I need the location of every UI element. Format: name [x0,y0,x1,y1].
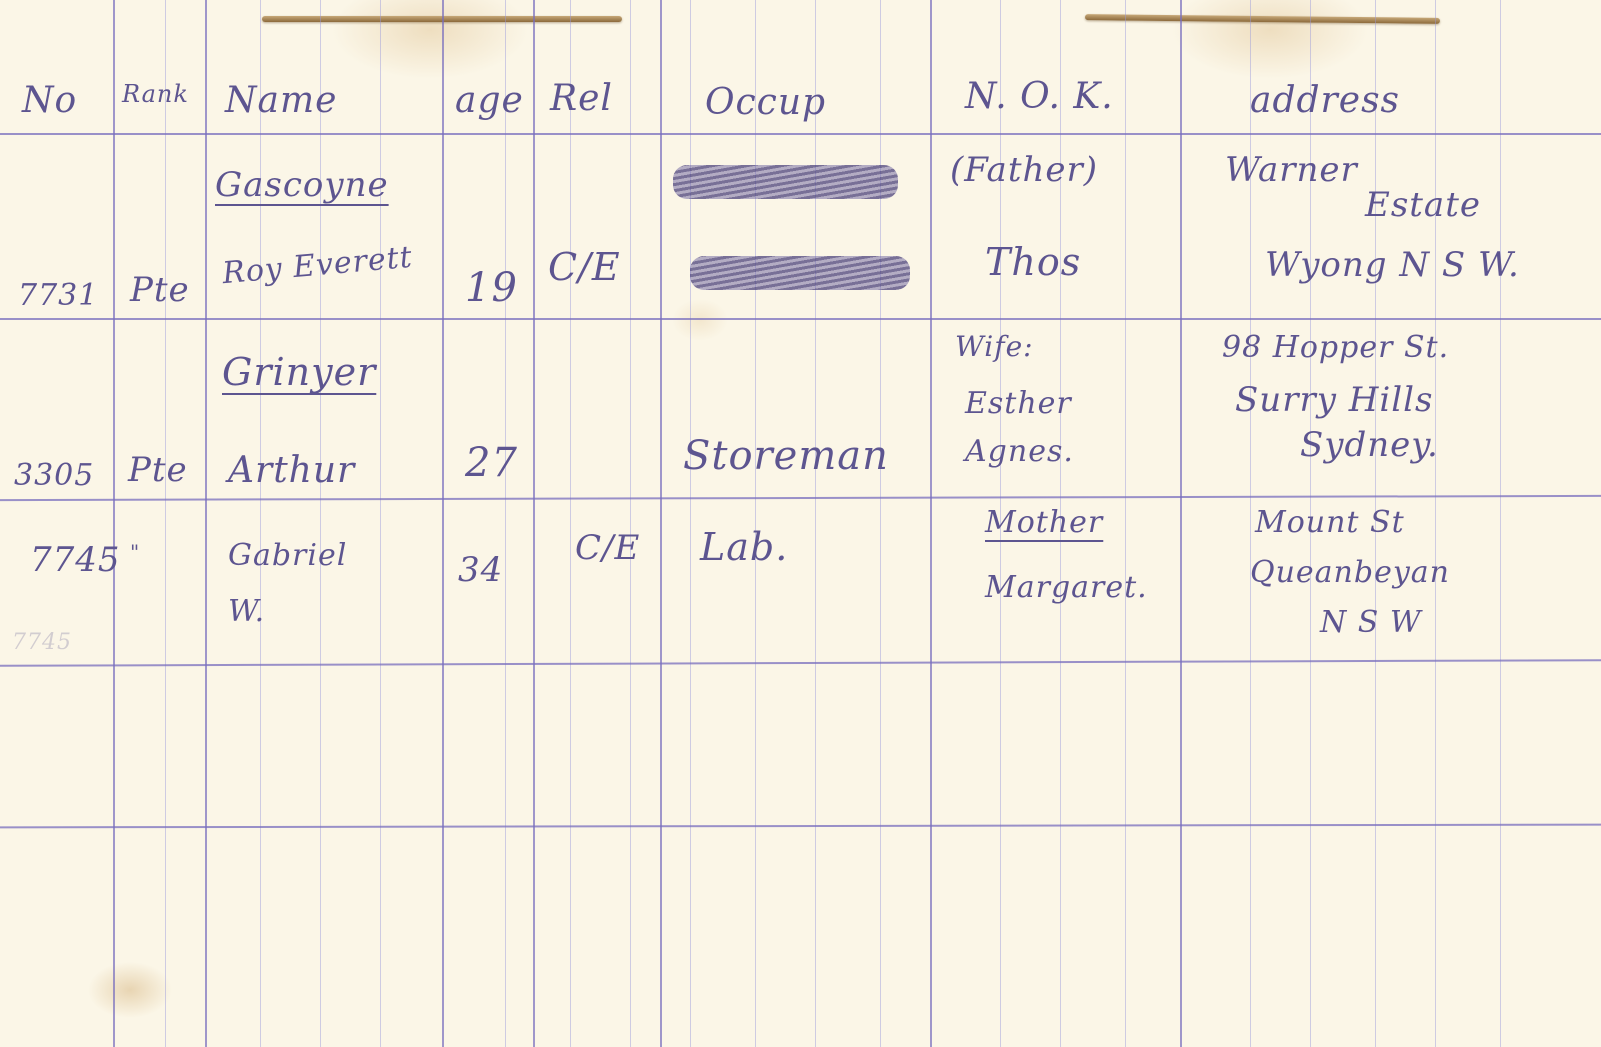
next-of-kin-name: Margaret. [985,570,1148,605]
address-line: Queanbeyan [1250,555,1450,590]
regimental-number: 3305 [14,458,94,493]
ledger-page: No Rank Name age Rel Occup N. O. K. addr… [0,0,1601,1047]
header-age: age [455,80,524,121]
next-of-kin-name: Thos [985,240,1081,284]
address-line: Wyong N S W. [1265,245,1520,285]
next-of-kin-relation: Wife: [955,330,1034,363]
rank: Pte [130,270,190,310]
address-line: Estate [1365,185,1481,225]
given-names: Gabriel W. [228,528,388,640]
age: 27 [465,440,518,486]
religion: C/E [575,528,640,568]
address-line: 98 Hopper St. [1222,330,1449,365]
next-of-kin-relation: Mother [985,505,1103,540]
given-names: Roy Everett [221,240,414,292]
next-of-kin-name: Esther Agnes. [965,380,1135,476]
struck-out-occupation [673,165,898,199]
regimental-number: 7745 [30,540,121,580]
header-rank: Rank [122,80,189,108]
staple-right [1085,14,1440,24]
rank: Pte [128,450,188,490]
given-names: Arthur [228,450,355,491]
next-of-kin-relation: (Father) [950,150,1098,190]
header-no: No [22,80,77,121]
regimental-number: 7731 [18,278,98,313]
address-line: N S W [1320,605,1422,640]
surname: Gascoyne [215,165,389,205]
age: 34 [458,550,503,590]
header-next-of-kin: N. O. K. [965,76,1114,117]
age: 19 [465,265,518,311]
struck-out-occupation [690,256,910,290]
occupation: Storeman [683,433,889,479]
header-name: Name [225,80,337,121]
header-rel: Rel [550,78,613,119]
address-line: Warner [1225,150,1358,190]
surname: Grinyer [222,350,376,394]
religion: C/E [548,245,621,289]
occupation: Lab. [700,525,788,569]
faint-offset-number: 7745 [12,630,72,655]
header-occupation: Occup [705,82,826,123]
rank-ditto: " [130,540,140,564]
header-address: address [1250,80,1400,121]
address-line: Surry Hills [1235,380,1433,420]
address-line: Mount St [1255,505,1405,540]
address-line: Sydney. [1300,425,1439,465]
